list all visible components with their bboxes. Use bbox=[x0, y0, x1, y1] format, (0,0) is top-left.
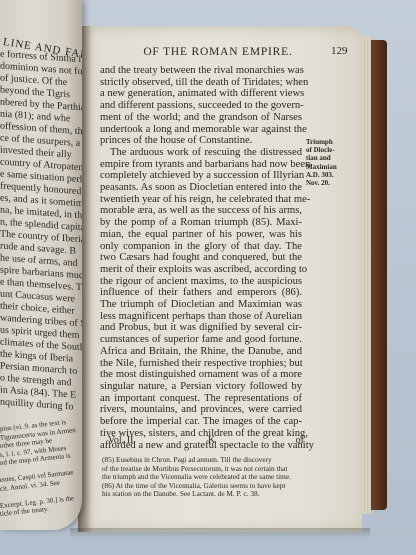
text-line: Africa and Britain, the Rhine, the Danub… bbox=[100, 346, 302, 358]
text-line: and different passions, succeeded to the… bbox=[100, 100, 302, 112]
text-line: only companion in the glory of that day.… bbox=[100, 241, 302, 253]
text-line: peasants. As soon as Diocletian entered … bbox=[100, 182, 302, 194]
text-line: and Probus, but it was dignified by seve… bbox=[100, 322, 302, 334]
page-shadow bbox=[70, 528, 370, 538]
marginal-note-line: Triumph bbox=[306, 138, 358, 146]
right-page: OF THE ROMAN EMPIRE. 129 and the treaty … bbox=[78, 26, 362, 532]
text-line: completely atchieved by a succession of … bbox=[100, 170, 302, 182]
text-line: less magnificent perhaps than those of A… bbox=[100, 311, 302, 323]
footnotes: (85) Eusebius in Chron. Pagi ad annum. T… bbox=[102, 456, 306, 499]
running-head: OF THE ROMAN EMPIRE. bbox=[118, 46, 318, 58]
left-footnotes: pius (vi. 9. as the text is Tigranocerta… bbox=[0, 425, 82, 519]
marginal-note-line: A.D. 303. bbox=[306, 171, 358, 179]
text-line: The triumph of Diocletian and Maximian w… bbox=[100, 299, 302, 311]
marginal-note: Triumph of Diocle- tian and Maximian A.D… bbox=[306, 138, 358, 187]
text-line: the rigour of ancient maxims, to the aus… bbox=[100, 276, 302, 288]
marginal-note-line: tian and bbox=[306, 154, 358, 162]
text-line: undertook a long and memorable war again… bbox=[100, 124, 302, 136]
text-line: ment of the world; and the grandson of N… bbox=[100, 112, 302, 124]
page-number: 129 bbox=[331, 45, 348, 57]
text-line: princes of the house of Constantine. bbox=[100, 135, 302, 147]
text-line: an important conquest. The representatio… bbox=[100, 393, 302, 405]
text-line: strictly observed, till the death of Tir… bbox=[100, 77, 302, 89]
text-line: a new generation, animated with differen… bbox=[100, 88, 302, 100]
text-line: cumstances of superior fame and good for… bbox=[100, 334, 302, 346]
left-page-curled: LINE AND FALL e fortress of Sintha i dom… bbox=[0, 0, 82, 530]
text-line: and the treaty between the rival monarch… bbox=[100, 65, 302, 77]
text-line: The arduous work of rescuing the distres… bbox=[100, 147, 302, 159]
text-line: before the imperial car. The images of t… bbox=[100, 416, 302, 428]
text-line: mian, the equal partner of his power, wa… bbox=[100, 229, 302, 241]
text-line: the most distinguished ornament was of a… bbox=[100, 369, 302, 381]
text-line: the Nile, furnished their respective tro… bbox=[100, 358, 302, 370]
text-line: by the pomp of a Roman triumph (85). Max… bbox=[100, 217, 302, 229]
marginal-note-line: Nov. 20. bbox=[306, 179, 358, 187]
signature-mark: K bbox=[208, 435, 215, 446]
body-text: and the treaty between the rival monarch… bbox=[100, 65, 302, 451]
text-line: rivers, mountains, and provinces, were c… bbox=[100, 404, 302, 416]
text-line: two Cæsars had fought and conquered, but… bbox=[100, 252, 302, 264]
left-body-text: e fortress of Sintha i dominion was not … bbox=[0, 52, 82, 412]
volume-label: Vol. II. bbox=[108, 435, 136, 446]
text-line: twentieth year of his reign, he celebrat… bbox=[100, 194, 302, 206]
text-line: empire from tyrants and barbarians had n… bbox=[100, 159, 302, 171]
text-line: influence of their fathers and emperors … bbox=[100, 287, 302, 299]
text-line: merit of their exploits was ascribed, ac… bbox=[100, 264, 302, 276]
catchword: of bbox=[296, 435, 304, 446]
footnote-line: his station on the Danube. See Lactant. … bbox=[102, 490, 306, 499]
marginal-note-line: Maximian bbox=[306, 163, 358, 171]
text-line: singular nature, a Persian victory follo… bbox=[100, 381, 302, 393]
text-line: morable æra, as well as the success of h… bbox=[100, 205, 302, 217]
marginal-note-line: of Diocle- bbox=[306, 146, 358, 154]
